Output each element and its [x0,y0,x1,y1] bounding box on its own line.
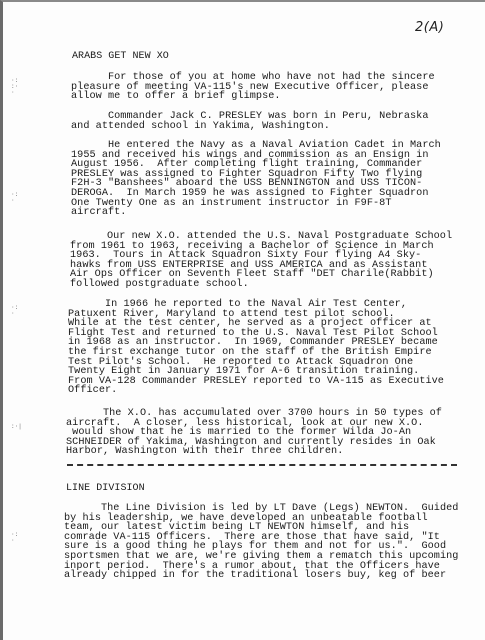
article1-paragraph-intro: For those of you at home who have not ha… [71,73,435,102]
scan-specks: ·:· [11,305,18,317]
page-number: 2(A) [415,20,444,35]
article1-paragraph-test-pilot: In 1966 he reported to the Naval Air Tes… [68,300,444,396]
section-divider [67,464,457,468]
article1-paragraph-education: Our new X.O. attended the U.S. Naval Pos… [70,232,452,290]
article1-paragraph-birth: Commander Jack C. PRESLEY was born in Pe… [71,112,428,131]
article2-paragraph-football: The Line Division is led by LT Dave (Leg… [64,504,458,581]
scan-specks: ·:· [11,532,18,544]
scan-specks: :·| [11,424,22,430]
document-page: 2(A) ARABS GET NEW XO ·::·· For those of… [0,0,485,640]
article-title-line-division: LINE DIVISION [66,484,145,494]
article-title-arabs-get-new-xo: ARABS GET NEW XO [72,52,169,62]
scan-specks: ·::·· [11,78,18,96]
article1-paragraph-navy-career: He entered the Navy as a Naval Aviation … [71,141,441,218]
scan-specks: ·:· [11,192,18,204]
article1-paragraph-personal: The X.O. has accumulated over 3700 hours… [66,409,442,457]
